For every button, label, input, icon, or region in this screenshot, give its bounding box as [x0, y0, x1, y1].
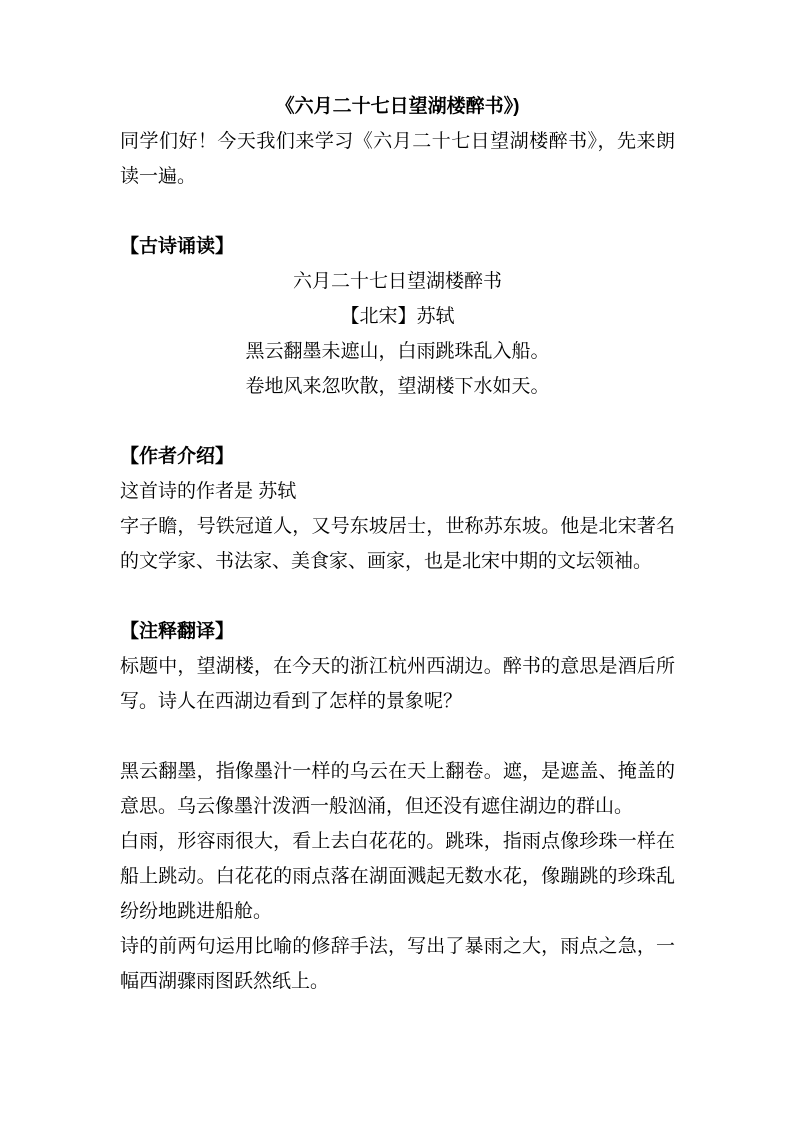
section-heading-author-intro: 【作者介绍】: [120, 439, 675, 474]
poem-author: 【北宋】苏轼: [120, 299, 675, 334]
author-intro-paragraph: 这首诗的作者是 苏轼: [120, 474, 675, 509]
document-page: 《六月二十七日望湖楼醉书》) 同学们好！今天我们来学习《六月二十七日望湖楼醉书》…: [0, 0, 794, 1123]
blank-line: [120, 404, 675, 439]
poem-title: 六月二十七日望湖楼醉书: [120, 264, 675, 299]
blank-line: [120, 719, 675, 754]
annotation-paragraph: 白雨，形容雨很大，看上去白花花的。跳珠，指雨点像珍珠一样在船上跳动。白花花的雨点…: [120, 824, 675, 929]
intro-paragraph: 同学们好！今天我们来学习《六月二十七日望湖楼醉书》，先来朗读一遍。: [120, 124, 675, 194]
section-heading-poem-recitation: 【古诗诵读】: [120, 229, 675, 264]
author-intro-paragraph: 字子瞻，号铁冠道人，又号东坡居士，世称苏东坡。他是北宋著名的文学家、书法家、美食…: [120, 509, 675, 579]
section-heading-annotation: 【注释翻译】: [120, 614, 675, 649]
annotation-paragraph: 黑云翻墨，指像墨汁一样的乌云在天上翻卷。遮，是遮盖、掩盖的意思。乌云像墨汁泼洒一…: [120, 754, 675, 824]
poem-line: 卷地风来忽吹散，望湖楼下水如天。: [120, 369, 675, 404]
document-title: 《六月二十七日望湖楼醉书》): [120, 89, 675, 124]
poem-line: 黑云翻墨未遮山，白雨跳珠乱入船。: [120, 334, 675, 369]
blank-line: [120, 194, 675, 229]
annotation-intro-paragraph: 标题中，望湖楼，在今天的浙江杭州西湖边。醉书的意思是酒后所写。诗人在西湖边看到了…: [120, 649, 675, 719]
blank-line: [120, 579, 675, 614]
annotation-paragraph: 诗的前两句运用比喻的修辞手法，写出了暴雨之大，雨点之急，一幅西湖骤雨图跃然纸上。: [120, 929, 675, 999]
